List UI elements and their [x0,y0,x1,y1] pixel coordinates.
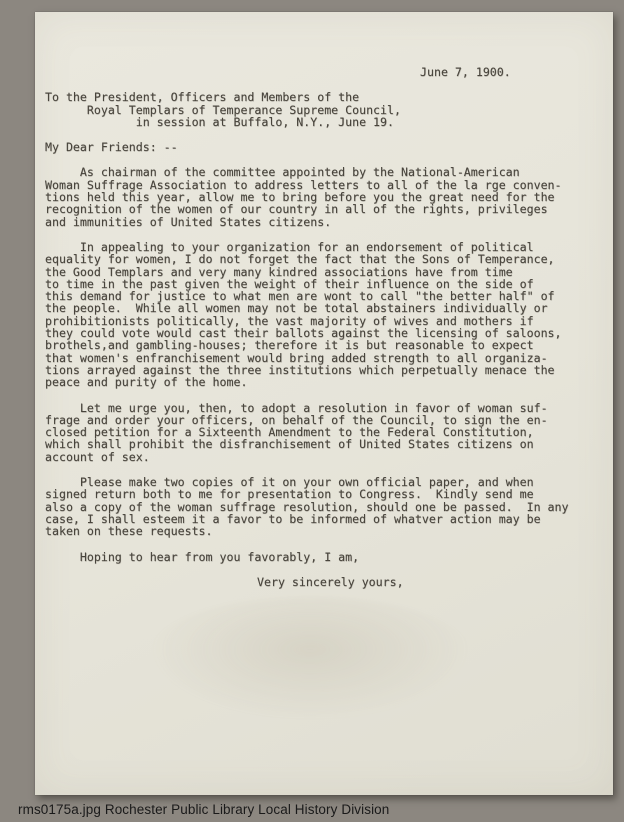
paper-watermark-smudge [145,597,475,722]
letter-recipient-address: To the President, Officers and Members o… [45,91,607,128]
letter-paragraph-1: As chairman of the committee appointed b… [45,166,607,227]
letter-paragraph-3: Let me urge you, then, to adopt a resolu… [45,402,607,463]
typed-letter-body: June 7, 1900. To the President, Officers… [45,66,607,588]
letter-salutation: My Dear Friends: -- [45,141,607,153]
archive-caption: rms0175a.jpg Rochester Public Library Lo… [18,802,389,817]
letter-sign-off: Hoping to hear from you favorably, I am, [45,551,607,563]
letter-closing: Very sincerely yours, [45,576,607,588]
photo-background: June 7, 1900. To the President, Officers… [0,0,624,822]
letter-page: June 7, 1900. To the President, Officers… [35,12,613,795]
letter-paragraph-4: Please make two copies of it on your own… [45,476,607,537]
letter-date: June 7, 1900. [45,66,607,78]
letter-paragraph-2: In appealing to your organization for an… [45,241,607,389]
